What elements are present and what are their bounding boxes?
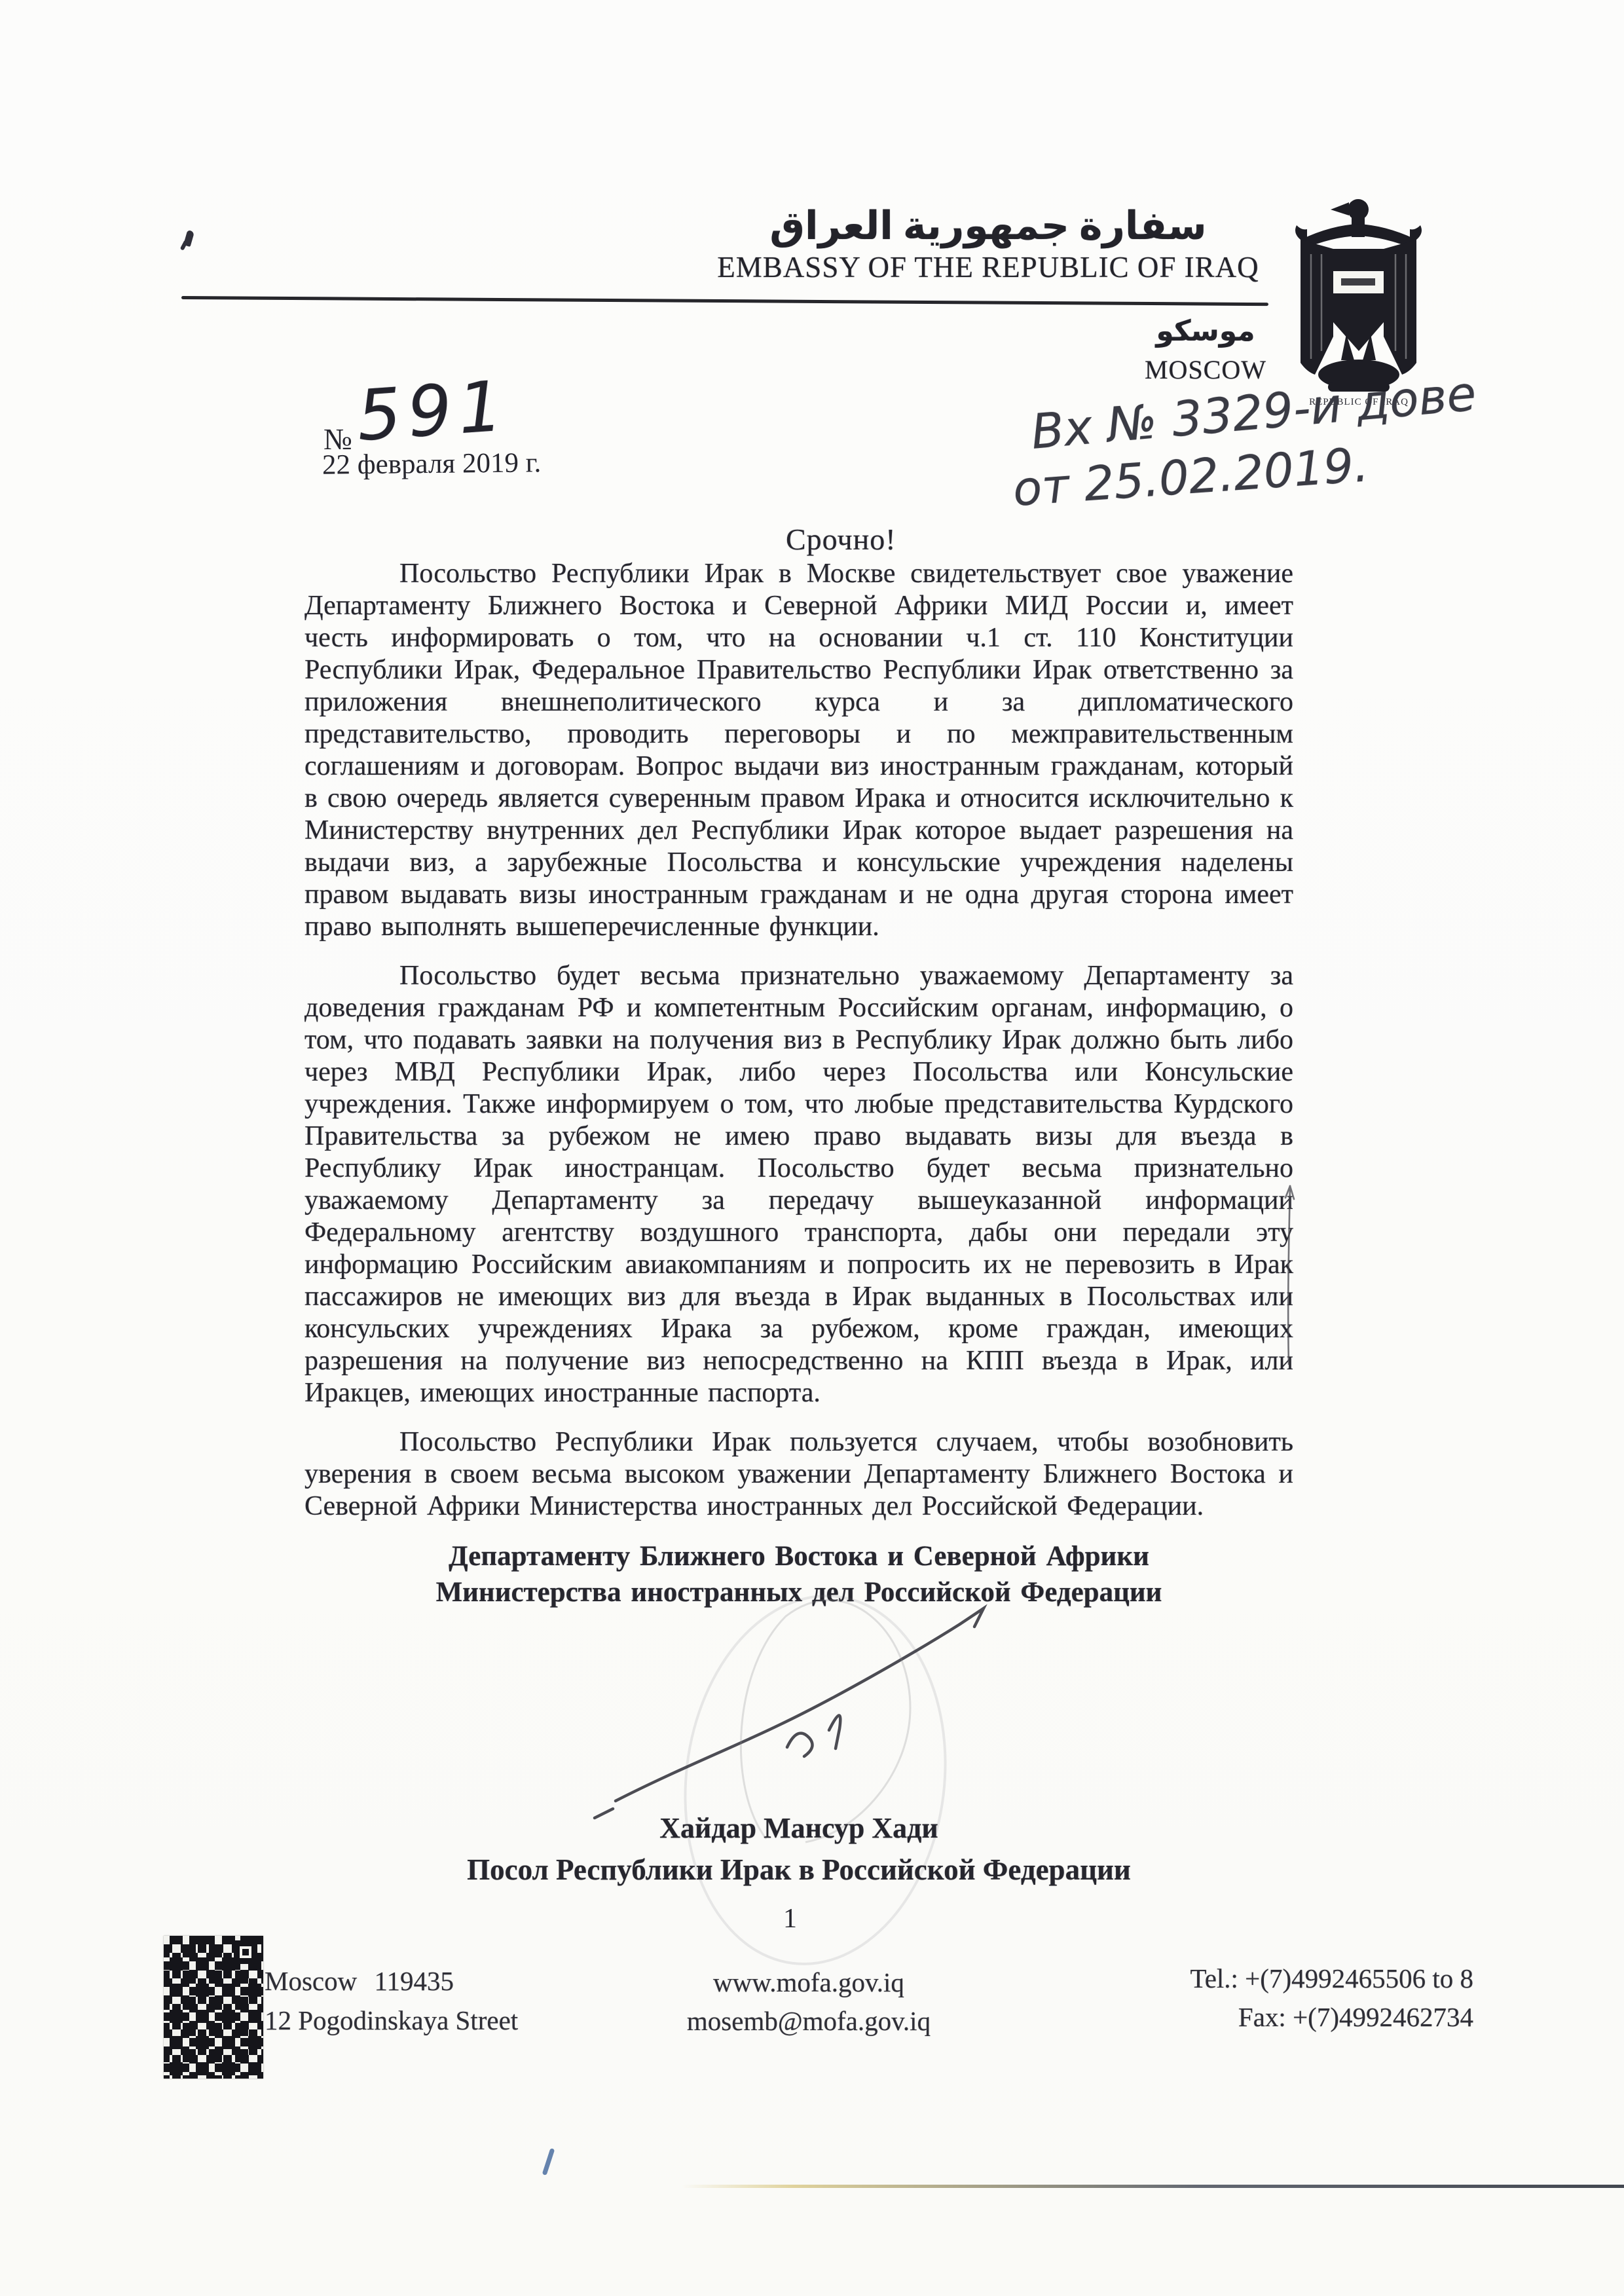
qr-code [164,1936,263,2079]
embassy-header: سفارة جمهورية العراق EMBASSY OF THE REPU… [706,204,1270,284]
embassy-arabic-title: سفارة جمهورية العراق [706,204,1270,248]
footer-address: Moscow 119435 12 Pogodinskaya Street [265,1961,518,2040]
city-arabic-label: موسكو [1141,314,1270,348]
paragraph-1: Посольство Республики Ирак в Москве свид… [304,558,1293,943]
signature-block: Хайдар Мансур Хади Посол Республики Ирак… [304,1811,1293,1887]
footer-web-contacts: www.mofa.gov.iq mosemb@mofa.gov.iq [678,1963,940,2041]
footer-email: mosemb@mofa.gov.iq [678,2002,940,2041]
qr-finder-square [234,1940,257,1964]
ref-date: 22 февраля 2019 г. [322,447,542,481]
scan-edge-line-artifact [681,2185,1624,2188]
ref-number-handwritten: 591 [354,365,511,456]
addressee-line1: Департаменту Ближнего Востока и Северной… [304,1538,1293,1574]
footer-fax: Fax: +(7)4992462734 [1136,1998,1473,2037]
paragraph-3: Посольство Республики Ирак пользуется сл… [304,1426,1293,1523]
paragraph-2: Посольство будет весьма признательно ува… [304,960,1293,1409]
header-divider [181,296,1268,306]
footer-tel: Tel.: +(7)4992465506 to 8 [1136,1959,1473,1998]
city-block: موسكو MOSCOW [1141,314,1270,385]
urgency-label: Срочно! [786,522,896,557]
footer-street: 12 Pogodinskaya Street [265,2001,518,2040]
footer-postal-city: Moscow 119435 [265,1961,518,2001]
page-number: 1 [783,1903,797,1935]
footer-phone-contacts: Tel.: +(7)4992465506 to 8 Fax: +(7)49924… [1136,1959,1473,2037]
scan-comma-artifact [183,230,194,247]
blue-pen-tick-artifact [542,2148,555,2176]
ambassador-name: Хайдар Мансур Хади [304,1811,1293,1845]
city-english-label: MOSCOW [1141,354,1270,385]
footer-website: www.mofa.gov.iq [678,1963,940,2002]
ambassador-title: Посол Республики Ирак в Российской Федер… [304,1853,1293,1887]
letter-body: Посольство Республики Ирак в Москве свид… [304,558,1293,1610]
registration-note: Вх № 3329-и дове от 25.02.2019. [1031,405,1529,517]
scanned-letter-page: سفارة جمهورية العراق EMBASSY OF THE REPU… [0,0,1624,2296]
embassy-english-title: EMBASSY OF THE REPUBLIC OF IRAQ [706,250,1270,284]
